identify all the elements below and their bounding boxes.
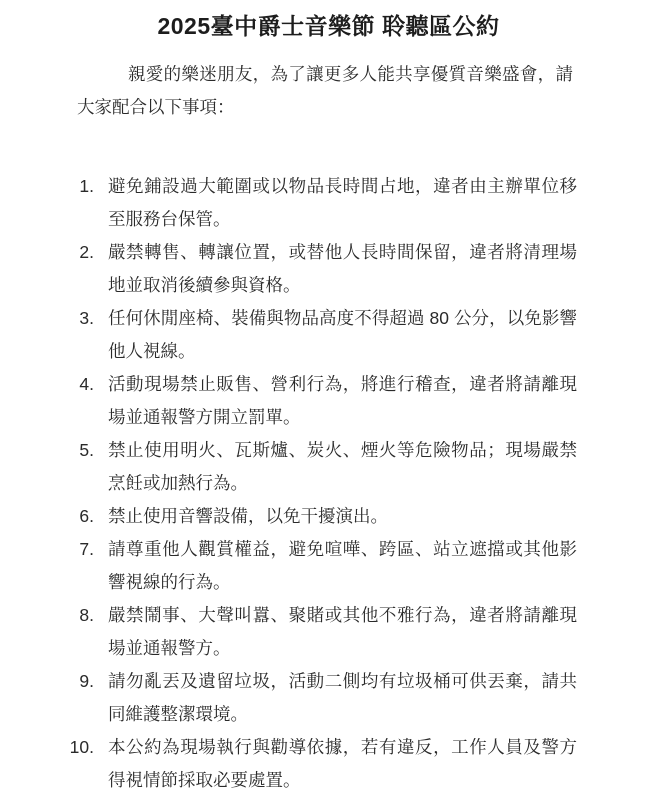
- list-item: 1. 避免鋪設過大範圍或以物品長時間占地，違者由主辦單位移至服務台保管。: [56, 170, 577, 236]
- list-item-text: 嚴禁鬧事、大聲叫囂、聚賭或其他不雅行為，違者將請離現場並通報警方。: [108, 599, 577, 665]
- list-item-number: 3.: [56, 302, 94, 368]
- list-item: 10. 本公約為現場執行與勸導依據，若有違反，工作人員及警方得視情節採取必要處置…: [56, 731, 577, 797]
- list-item-number: 9.: [56, 665, 94, 731]
- document-page: 2025臺中爵士音樂節 聆聽區公約 親愛的樂迷朋友，為了讓更多人能共享優質音樂盛…: [0, 0, 657, 800]
- list-item: 6. 禁止使用音響設備，以免干擾演出。: [56, 500, 577, 533]
- list-item: 9. 請勿亂丟及遺留垃圾，活動二側均有垃圾桶可供丟棄，請共同維護整潔環境。: [56, 665, 577, 731]
- list-item-number: 1.: [56, 170, 94, 236]
- list-item-number: 4.: [56, 368, 94, 434]
- list-item-number: 5.: [56, 434, 94, 500]
- list-item-text: 本公約為現場執行與勸導依據，若有違反，工作人員及警方得視情節採取必要處置。: [108, 731, 577, 797]
- list-item-text: 嚴禁轉售、轉讓位置，或替他人長時間保留，違者將清理場地並取消後續參與資格。: [108, 236, 577, 302]
- list-item: 3. 任何休閒座椅、裝備與物品高度不得超過 80 公分，以免影響他人視線。: [56, 302, 577, 368]
- list-item: 2. 嚴禁轉售、轉讓位置，或替他人長時間保留，違者將清理場地並取消後續參與資格。: [56, 236, 577, 302]
- list-item-number: 7.: [56, 533, 94, 599]
- list-item: 8. 嚴禁鬧事、大聲叫囂、聚賭或其他不雅行為，違者將請離現場並通報警方。: [56, 599, 577, 665]
- rules-list: 1. 避免鋪設過大範圍或以物品長時間占地，違者由主辦單位移至服務台保管。 2. …: [0, 170, 657, 797]
- list-item-text: 禁止使用明火、瓦斯爐、炭火、煙火等危險物品；現場嚴禁烹飪或加熱行為。: [108, 434, 577, 500]
- list-item-text: 請尊重他人觀賞權益，避免喧嘩、跨區、站立遮擋或其他影響視線的行為。: [108, 533, 577, 599]
- list-item-number: 2.: [56, 236, 94, 302]
- list-item-number: 6.: [56, 500, 94, 533]
- intro-paragraph: 親愛的樂迷朋友，為了讓更多人能共享優質音樂盛會，請大家配合以下事項：: [77, 58, 573, 124]
- page-title: 2025臺中爵士音樂節 聆聽區公約: [0, 10, 657, 42]
- list-item-text: 禁止使用音響設備，以免干擾演出。: [108, 500, 577, 533]
- list-item-text: 活動現場禁止販售、營利行為，將進行稽查，違者將請離現場並通報警方開立罰單。: [108, 368, 577, 434]
- list-item-text: 請勿亂丟及遺留垃圾，活動二側均有垃圾桶可供丟棄，請共同維護整潔環境。: [108, 665, 577, 731]
- list-item: 5. 禁止使用明火、瓦斯爐、炭火、煙火等危險物品；現場嚴禁烹飪或加熱行為。: [56, 434, 577, 500]
- list-item: 4. 活動現場禁止販售、營利行為，將進行稽查，違者將請離現場並通報警方開立罰單。: [56, 368, 577, 434]
- list-item-text: 避免鋪設過大範圍或以物品長時間占地，違者由主辦單位移至服務台保管。: [108, 170, 577, 236]
- list-item-number: 8.: [56, 599, 94, 665]
- list-item-number: 10.: [56, 731, 94, 797]
- list-item-text: 任何休閒座椅、裝備與物品高度不得超過 80 公分，以免影響他人視線。: [108, 302, 577, 368]
- list-item: 7. 請尊重他人觀賞權益，避免喧嘩、跨區、站立遮擋或其他影響視線的行為。: [56, 533, 577, 599]
